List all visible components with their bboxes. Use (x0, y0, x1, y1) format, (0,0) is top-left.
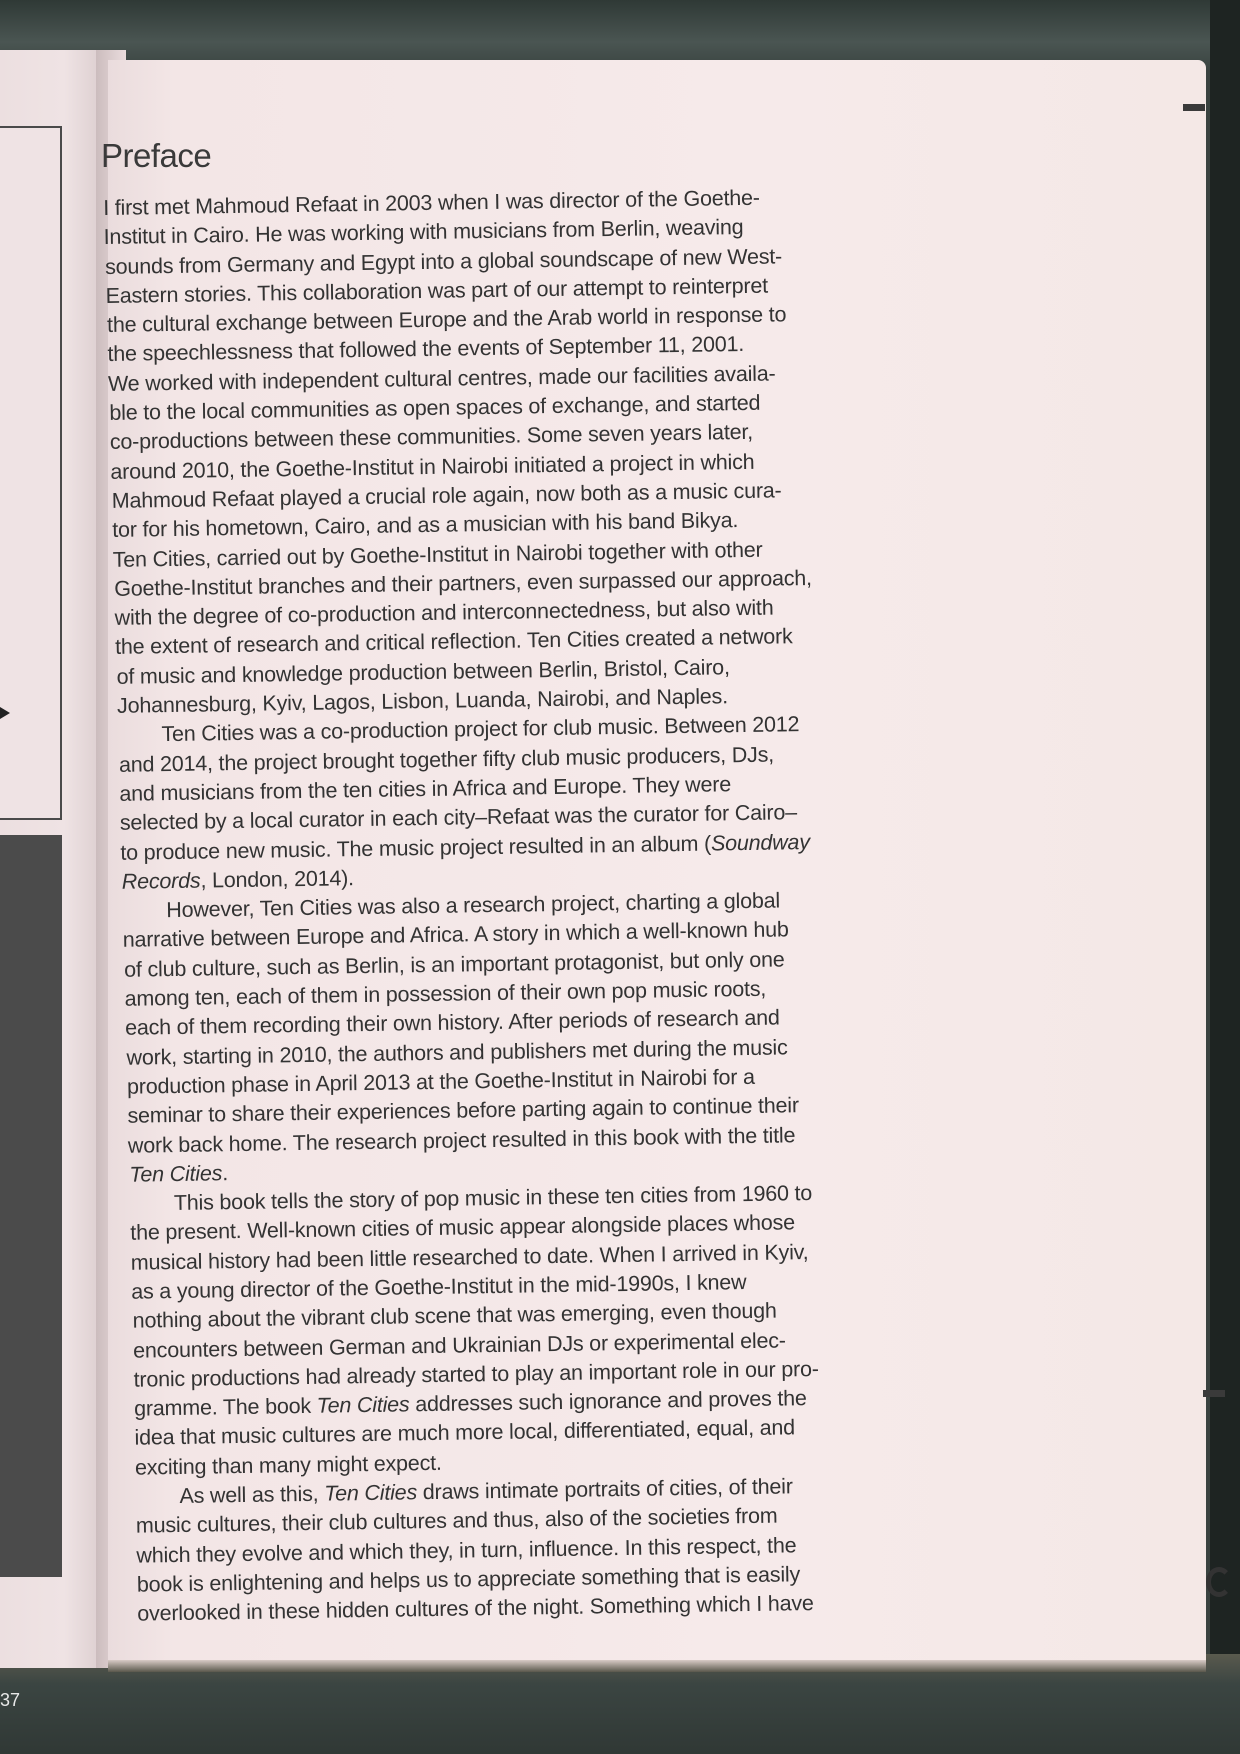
italic-title: Records (122, 868, 201, 893)
italic-title: Soundway (711, 830, 810, 856)
left-facing-page: 37 (0, 50, 108, 1668)
text-segment: gramme. The book (134, 1394, 317, 1421)
text-segment: As well as this, (179, 1482, 324, 1508)
page-title: Preface (101, 137, 211, 175)
thumb-index-mark-top (1183, 104, 1205, 111)
page-bottom-edge (108, 1660, 1206, 1672)
text-segment: draws intimate portraits of cities, of t… (417, 1474, 793, 1504)
preface-body: I first met Mahmoud Refaat in 2003 when … (103, 181, 925, 1629)
italic-title: Ten Cities (129, 1161, 222, 1186)
left-page-number: 37 (0, 1690, 20, 1711)
scan-background-right (1210, 0, 1240, 1754)
text-segment: . (222, 1161, 228, 1185)
text-segment: addresses such ignorance and proves the (409, 1386, 807, 1416)
arrow-right-icon (0, 707, 10, 719)
italic-title: Ten Cities (324, 1480, 417, 1505)
text-segment: , London, 2014). (200, 866, 354, 892)
thumb-index-letter-c (1206, 1567, 1232, 1597)
italic-title: Ten Cities (317, 1393, 410, 1418)
thumb-index-mark-middle (1203, 1390, 1225, 1397)
left-page-dark-panel: 37 (0, 835, 62, 1577)
